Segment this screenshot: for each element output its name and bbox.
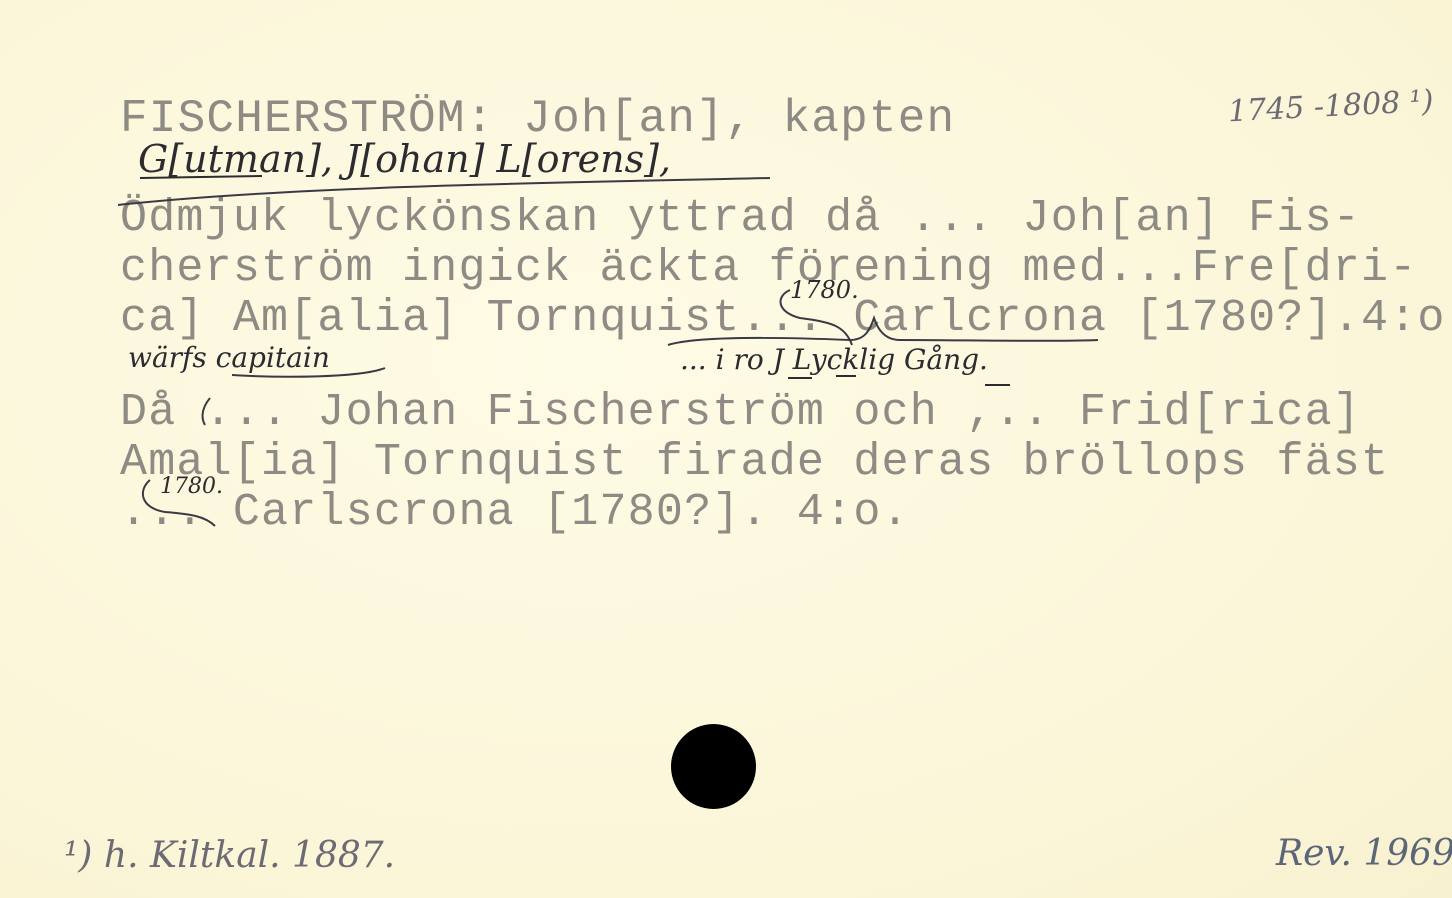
- catalog-card: FISCHERSTRÖM: Joh[an], kapten 1745 -1808…: [0, 0, 1452, 898]
- entry-1-margin-note: wärfs capitain: [128, 344, 330, 372]
- entry-1-line-3: ca] Am[alia] Tornquist... Carlcrona [178…: [120, 296, 1446, 341]
- entry-1-line-2: cherström ingick äckta förening med...Fr…: [120, 246, 1417, 291]
- card-heading: FISCHERSTRÖM: Joh[an], kapten: [120, 96, 955, 142]
- revision-note: Rev. 1969: [1276, 836, 1452, 872]
- entry-2-line-1: Då ... Johan Fischerström och ,.. Frid[r…: [120, 390, 1361, 435]
- entry-1-date-insert: 1780.: [790, 278, 859, 302]
- handwritten-full-name: G[utman], J[ohan] L[orens],: [138, 140, 671, 178]
- entry-2-line-2: Amal[ia] Tornquist firade deras bröllops…: [120, 440, 1389, 485]
- entry-1-title-note: ... i ro J Lycklig Gång.: [680, 346, 988, 374]
- footnote: ¹) h. Kiltkal. 1887.: [64, 838, 395, 874]
- entry-1-line-1: Ödmjuk lyckönskan yttrad då ... Joh[an] …: [120, 196, 1361, 241]
- entry-2-date-insert: 1780.: [160, 476, 223, 498]
- punch-hole: [671, 724, 756, 809]
- life-dates: 1745 -1808 ¹): [1227, 87, 1434, 128]
- entry-2-line-3: ... Carlscrona [1780?]. 4:o.: [120, 490, 910, 535]
